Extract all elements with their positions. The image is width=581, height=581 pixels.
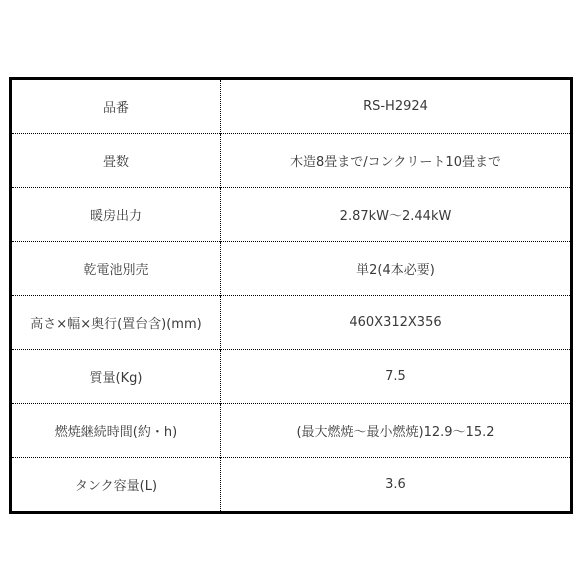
row-value: (最大燃焼～最小燃焼)12.9～15.2 bbox=[221, 404, 572, 458]
row-value: 2.87kW～2.44kW bbox=[221, 188, 572, 242]
table-row-tank-capacity: タンク容量(L) 3.6 bbox=[11, 458, 572, 513]
row-label: 暖房出力 bbox=[11, 188, 221, 242]
row-value: 7.5 bbox=[221, 350, 572, 404]
row-label: タンク容量(L) bbox=[11, 458, 221, 513]
row-value: 単2(4本必要) bbox=[221, 242, 572, 296]
table-row-dimensions: 高さ×幅×奥行(置台含)(mm) 460X312X356 bbox=[11, 296, 572, 350]
row-label: 燃焼継続時間(約・h) bbox=[11, 404, 221, 458]
table-row-weight: 質量(Kg) 7.5 bbox=[11, 350, 572, 404]
row-value: 木造8畳まで/コンクリート10畳まで bbox=[221, 134, 572, 188]
row-label: 質量(Kg) bbox=[11, 350, 221, 404]
row-value: 3.6 bbox=[221, 458, 572, 513]
spec-table: 品番 RS-H2924 畳数 木造8畳まで/コンクリート10畳まで 暖房出力 2… bbox=[9, 77, 573, 514]
row-value: RS-H2924 bbox=[221, 79, 572, 134]
row-label: 乾電池別売 bbox=[11, 242, 221, 296]
row-label: 畳数 bbox=[11, 134, 221, 188]
table-row-burn-time: 燃焼継続時間(約・h) (最大燃焼～最小燃焼)12.9～15.2 bbox=[11, 404, 572, 458]
row-label: 品番 bbox=[11, 79, 221, 134]
table-row-heating-output: 暖房出力 2.87kW～2.44kW bbox=[11, 188, 572, 242]
table-row-room-size: 畳数 木造8畳まで/コンクリート10畳まで bbox=[11, 134, 572, 188]
row-label: 高さ×幅×奥行(置台含)(mm) bbox=[11, 296, 221, 350]
row-value: 460X312X356 bbox=[221, 296, 572, 350]
table-row-batteries: 乾電池別売 単2(4本必要) bbox=[11, 242, 572, 296]
table-row-product-number: 品番 RS-H2924 bbox=[11, 79, 572, 134]
